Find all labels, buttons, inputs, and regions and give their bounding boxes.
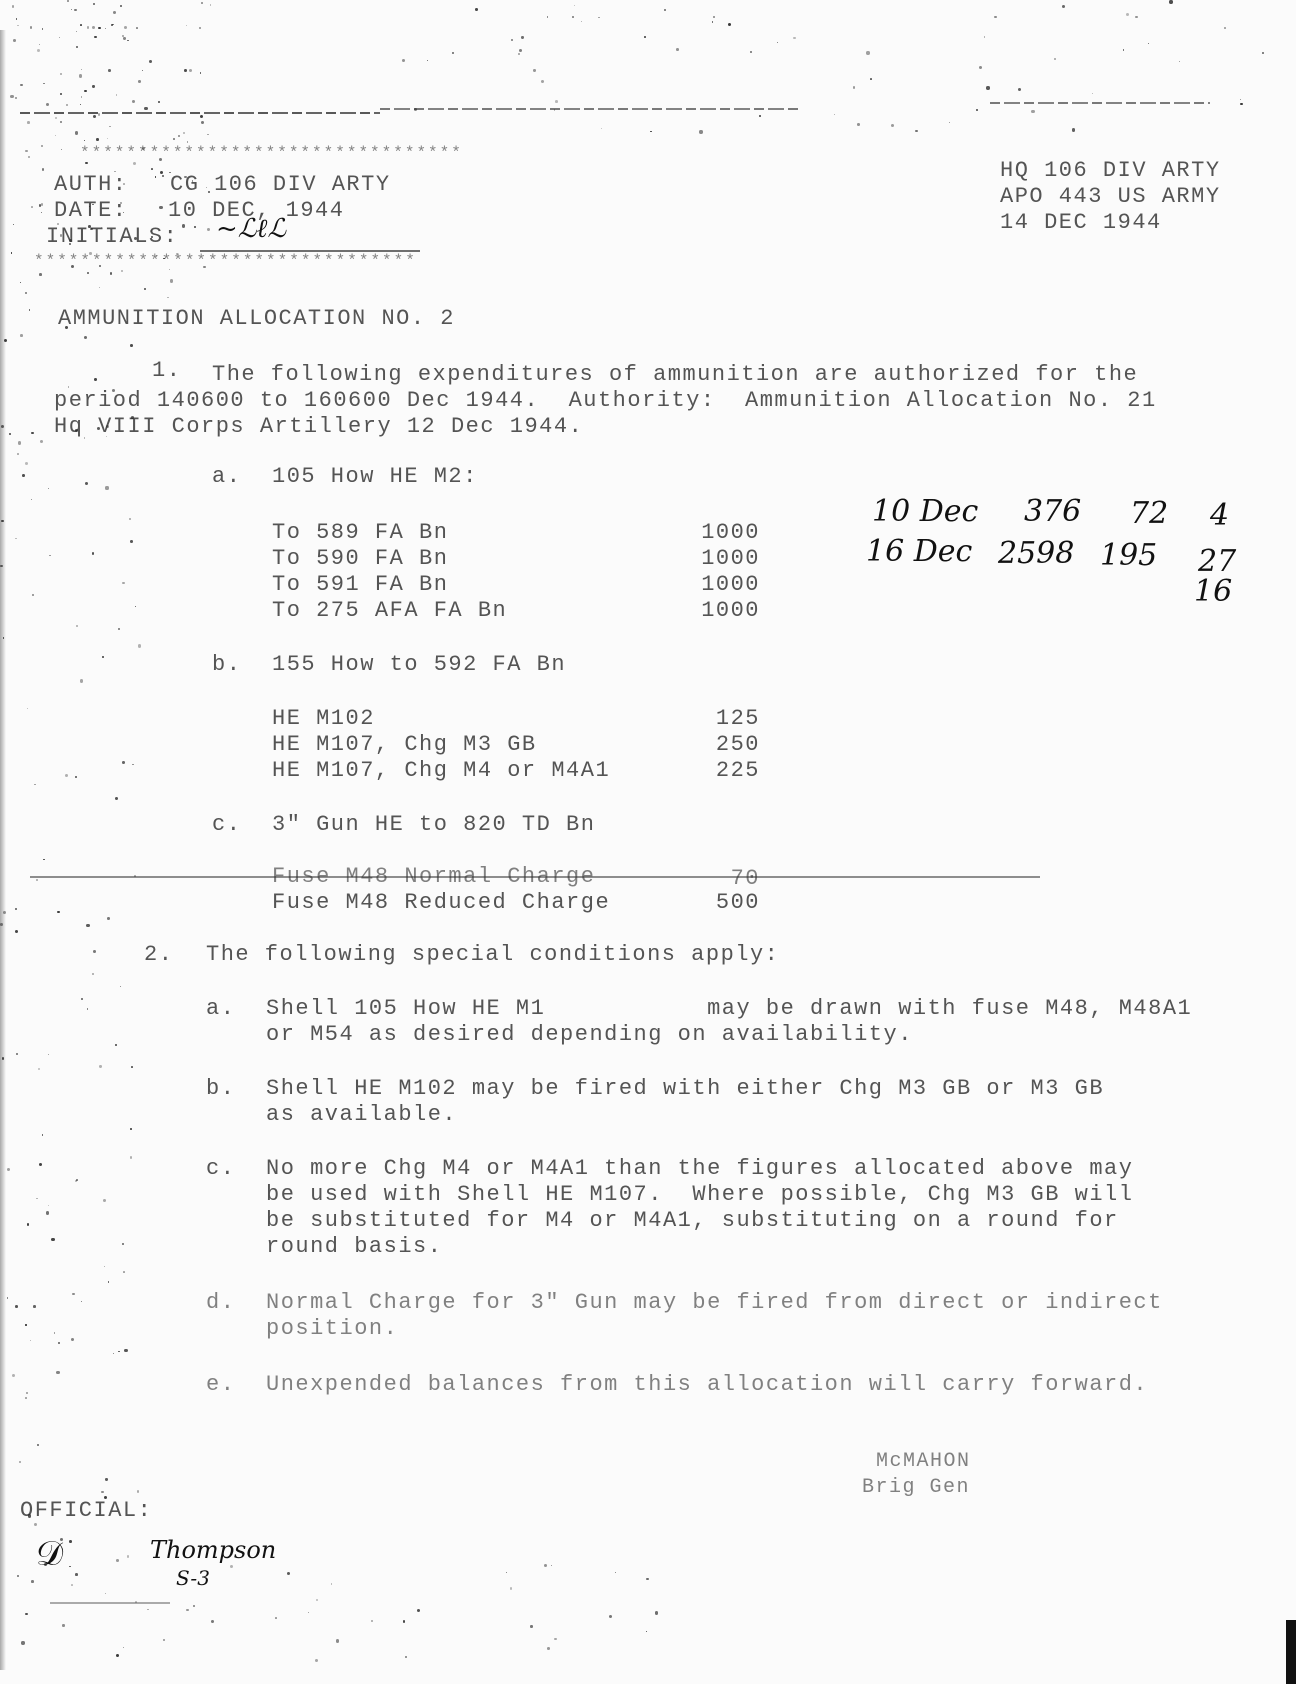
note-value: 376	[1024, 494, 1081, 529]
noise-speck	[533, 69, 535, 71]
noise-speck	[834, 114, 835, 115]
noise-speck	[403, 1620, 406, 1623]
noise-speck	[22, 474, 25, 477]
allocation-qty: 125	[670, 706, 760, 731]
noise-speck	[655, 1611, 658, 1614]
noise-speck	[39, 1163, 42, 1166]
noise-speck	[116, 1654, 119, 1657]
scan-corner-mark	[1286, 1620, 1296, 1684]
paragraph-line: The following expenditures of ammunition…	[212, 362, 1138, 387]
noise-speck	[87, 26, 90, 29]
noise-speck	[93, 3, 95, 5]
noise-speck	[41, 145, 43, 147]
noise-speck	[124, 1349, 127, 1352]
noise-speck	[186, 25, 187, 26]
noise-speck	[414, 108, 417, 111]
noise-speck	[336, 1639, 339, 1642]
noise-speck	[138, 80, 141, 83]
noise-speck	[27, 1223, 29, 1225]
noise-speck	[66, 104, 68, 106]
noise-speck	[519, 49, 522, 52]
noise-speck	[94, 378, 97, 381]
noise-speck	[1123, 49, 1124, 50]
noise-speck	[162, 175, 164, 177]
noise-speck	[60, 73, 62, 75]
noise-speck	[130, 1156, 132, 1158]
noise-speck	[16, 1053, 18, 1055]
noise-speck	[122, 761, 125, 764]
condition-line: Unexpended balances from this allocation…	[266, 1372, 1148, 1397]
allocation-unit: To 275 AFA FA Bn	[272, 598, 507, 623]
noise-speck	[69, 1566, 71, 1568]
noise-speck	[74, 9, 77, 12]
noise-speck	[116, 94, 118, 96]
allocation-qty: 1000	[670, 520, 760, 545]
stamp-border-top: *********************************	[80, 144, 463, 162]
noise-speck	[163, 1639, 166, 1642]
noise-speck	[28, 156, 30, 158]
official-underline	[50, 1602, 170, 1604]
noise-speck	[417, 1609, 420, 1612]
noise-speck	[127, 40, 129, 42]
scan-left-edge	[0, 30, 6, 1670]
condition-line: be substituted for M4 or M4A1, substitut…	[266, 1208, 1119, 1233]
document-title: AMMUNITION ALLOCATION NO. 2	[58, 306, 455, 331]
allocation-qty: 1000	[670, 572, 760, 597]
noise-speck	[572, 16, 574, 18]
noise-speck	[72, 1293, 74, 1295]
noise-speck	[976, 109, 978, 111]
noise-speck	[541, 80, 544, 83]
noise-speck	[105, 28, 107, 30]
noise-speck	[187, 141, 189, 143]
noise-speck	[123, 37, 125, 39]
noise-speck	[853, 86, 856, 89]
noise-speck	[11, 252, 12, 253]
noise-speck	[182, 224, 185, 227]
noise-speck	[26, 1392, 28, 1394]
noise-speck	[15, 930, 18, 933]
allocation-unit: To 589 FA Bn	[272, 520, 448, 545]
noise-speck	[316, 1599, 318, 1601]
letterhead-apo: APO 443 US ARMY	[1000, 184, 1221, 209]
condition-line: or M54 as desired depending on availabil…	[266, 1022, 913, 1047]
noise-speck	[452, 52, 453, 53]
condition-label: a.	[206, 996, 235, 1021]
noise-speck	[193, 1605, 196, 1608]
noise-speck	[130, 344, 133, 347]
noise-speck	[92, 552, 95, 555]
noise-speck	[186, 1609, 188, 1611]
noise-speck	[123, 212, 124, 213]
noise-speck	[122, 582, 125, 585]
noise-speck	[107, 917, 110, 920]
noise-speck	[92, 85, 94, 87]
noise-speck	[949, 122, 950, 123]
noise-speck	[644, 36, 646, 38]
noise-speck	[120, 202, 122, 204]
noise-speck	[12, 5, 15, 8]
noise-speck	[96, 138, 99, 141]
noise-speck	[93, 950, 96, 953]
noise-speck	[104, 1266, 105, 1267]
noise-speck	[793, 37, 796, 40]
noise-speck	[62, 1624, 64, 1626]
allocation-unit: To 590 FA Bn	[272, 546, 448, 571]
noise-speck	[891, 124, 894, 127]
noise-speck	[92, 973, 94, 975]
noise-speck	[1240, 103, 1242, 105]
noise-speck	[31, 432, 33, 434]
noise-speck	[156, 255, 157, 256]
noise-speck	[135, 606, 136, 607]
noise-speck	[10, 95, 13, 98]
noise-speck	[159, 158, 162, 161]
noise-speck	[39, 44, 40, 45]
noise-speck	[18, 441, 21, 444]
noise-speck	[1262, 52, 1264, 54]
noise-speck	[142, 70, 143, 71]
noise-speck	[76, 31, 77, 32]
noise-speck	[101, 1491, 104, 1494]
noise-speck	[25, 1613, 27, 1615]
header-rule	[20, 112, 380, 114]
noise-speck	[615, 1572, 616, 1573]
noise-speck	[84, 90, 87, 93]
noise-speck	[530, 1625, 532, 1627]
noise-speck	[581, 21, 582, 22]
noise-speck	[979, 66, 982, 69]
noise-speck	[27, 121, 30, 124]
noise-speck	[39, 204, 41, 206]
noise-speck	[69, 239, 72, 242]
section-label: b.	[212, 652, 241, 677]
noise-speck	[1, 520, 3, 522]
noise-speck	[80, 104, 81, 105]
noise-speck	[99, 265, 101, 267]
noise-speck	[1092, 93, 1093, 94]
noise-speck	[7, 1297, 9, 1299]
noise-speck	[51, 1238, 54, 1241]
note-date: 10 Dec	[872, 494, 978, 529]
noise-speck	[55, 135, 56, 136]
noise-speck	[475, 8, 478, 11]
noise-speck	[555, 100, 558, 103]
noise-speck	[98, 27, 100, 29]
allocation-unit: To 591 FA Bn	[272, 572, 448, 597]
stamp-date-label: DATE:	[54, 198, 128, 223]
noise-speck	[118, 628, 120, 630]
noise-speck	[41, 212, 42, 213]
noise-speck	[43, 859, 44, 860]
noise-speck	[42, 168, 45, 171]
noise-speck	[71, 9, 72, 10]
noise-speck	[1135, 16, 1138, 19]
noise-speck	[127, 1555, 129, 1557]
noise-speck	[84, 336, 87, 339]
noise-speck	[207, 134, 208, 135]
noise-speck	[56, 1371, 59, 1374]
paragraph-heading: The following special conditions apply:	[206, 942, 779, 967]
noise-speck	[108, 69, 111, 72]
noise-speck	[994, 16, 997, 19]
noise-speck	[554, 1638, 557, 1641]
strikethrough-line	[30, 876, 1040, 878]
noise-speck	[203, 266, 205, 268]
noise-speck	[9, 433, 11, 435]
noise-speck	[17, 1575, 19, 1577]
noise-speck	[46, 103, 49, 106]
noise-speck	[230, 1565, 233, 1568]
noise-speck	[57, 911, 59, 913]
noise-speck	[1224, 27, 1226, 29]
noise-speck	[29, 309, 31, 311]
noise-speck	[206, 187, 207, 188]
header-rule	[380, 108, 800, 110]
official-title: S-3	[176, 1566, 210, 1590]
noise-speck	[49, 555, 51, 557]
noise-speck	[518, 53, 520, 55]
noise-speck	[984, 36, 985, 37]
noise-speck	[173, 138, 175, 140]
noise-speck	[598, 17, 599, 18]
noise-speck	[105, 486, 108, 489]
noise-speck	[55, 117, 57, 119]
noise-speck	[129, 518, 131, 520]
condition-line: as available.	[266, 1102, 457, 1127]
noise-speck	[99, 1065, 101, 1067]
noise-speck	[20, 282, 21, 283]
noise-speck	[123, 1647, 124, 1648]
allocation-qty: 1000	[670, 598, 760, 623]
noise-speck	[521, 36, 523, 38]
noise-speck	[200, 72, 202, 74]
noise-speck	[551, 1565, 552, 1566]
noise-speck	[81, 1301, 82, 1302]
noise-speck	[646, 1578, 649, 1581]
noise-speck	[544, 1564, 547, 1567]
section-heading: 105 How HE M2:	[272, 464, 478, 489]
noise-speck	[131, 1066, 133, 1068]
noise-speck	[46, 1211, 49, 1214]
noise-speck	[134, 875, 136, 877]
noise-speck	[750, 51, 752, 53]
noise-speck	[16, 18, 18, 20]
noise-speck	[200, 115, 203, 118]
note-value: 2598	[998, 536, 1074, 571]
condition-label: d.	[206, 1290, 235, 1315]
noise-speck	[88, 225, 91, 228]
noise-speck	[138, 644, 141, 647]
note-date: 16 Dec	[866, 534, 972, 569]
noise-speck	[131, 416, 134, 419]
noise-speck	[31, 499, 32, 500]
noise-speck	[36, 1198, 37, 1199]
noise-speck	[58, 1342, 60, 1344]
condition-label: c.	[206, 1156, 235, 1181]
noise-speck	[184, 69, 187, 72]
noise-speck	[75, 429, 78, 432]
noise-speck	[275, 1617, 277, 1619]
noise-speck	[113, 11, 116, 14]
noise-speck	[76, 46, 78, 48]
allocation-item: Fuse M48 Reduced Charge	[272, 890, 610, 915]
noise-speck	[915, 130, 918, 133]
noise-speck	[19, 1461, 21, 1463]
noise-speck	[108, 1281, 109, 1282]
stamp-initials-label: INITIALS:	[46, 224, 178, 249]
noise-speck	[170, 279, 173, 282]
signer-rank: Brig Gen	[862, 1476, 970, 1499]
paragraph-number: 2.	[144, 942, 173, 967]
noise-speck	[17, 25, 18, 26]
header-rule	[990, 102, 1210, 104]
noise-speck	[87, 1008, 89, 1010]
noise-speck	[71, 1584, 73, 1586]
official-label: OFFICIAL:	[20, 1498, 152, 1523]
noise-speck	[201, 121, 204, 124]
noise-speck	[1031, 110, 1034, 113]
noise-speck	[48, 1205, 49, 1206]
noise-speck	[34, 1523, 37, 1526]
noise-speck	[32, 594, 34, 596]
noise-speck	[31, 206, 33, 208]
noise-speck	[1240, 99, 1241, 100]
noise-speck	[81, 998, 82, 999]
noise-speck	[189, 69, 192, 72]
noise-speck	[308, 1612, 309, 1613]
noise-speck	[59, 37, 60, 38]
noise-speck	[34, 784, 36, 786]
noise-speck	[137, 1490, 139, 1492]
noise-speck	[92, 26, 95, 29]
noise-speck	[36, 879, 39, 882]
noise-speck	[123, 183, 125, 185]
noise-speck	[90, 228, 93, 231]
noise-speck	[1072, 128, 1075, 131]
noise-speck	[511, 39, 513, 41]
allocation-item: HE M102	[272, 706, 375, 731]
noise-speck	[30, 1340, 31, 1341]
condition-line: No more Chg M4 or M4A1 than the figures …	[266, 1156, 1133, 1181]
noise-speck	[121, 270, 123, 272]
noise-speck	[15, 97, 17, 99]
noise-speck	[31, 1580, 34, 1583]
allocation-qty-struck: 70	[670, 866, 760, 891]
noise-speck	[7, 1168, 10, 1171]
noise-speck	[89, 252, 92, 255]
noise-speck	[76, 1179, 78, 1181]
noise-speck	[1062, 5, 1065, 8]
noise-speck	[712, 21, 713, 22]
noise-speck	[72, 185, 73, 186]
allocation-qty: 250	[670, 732, 760, 757]
noise-speck	[510, 1587, 513, 1590]
stamp-auth-value: CG 106 DIV ARTY	[170, 172, 391, 197]
noise-speck	[110, 272, 113, 275]
noise-speck	[646, 1631, 647, 1632]
noise-speck	[75, 131, 78, 134]
letterhead-unit: HQ 106 DIV ARTY	[1000, 158, 1221, 183]
section-heading: 155 How to 592 FA Bn	[272, 652, 566, 677]
noise-speck	[1126, 13, 1129, 16]
noise-speck	[574, 5, 575, 6]
noise-speck	[331, 1583, 333, 1585]
noise-speck	[25, 1397, 27, 1399]
noise-speck	[163, 258, 165, 260]
noise-speck	[144, 107, 147, 110]
noise-speck	[1169, 0, 1172, 3]
noise-speck	[115, 797, 118, 800]
condition-line: be used with Shell HE M107. Where possib…	[266, 1182, 1133, 1207]
noise-speck	[42, 1134, 43, 1135]
noise-speck	[315, 1659, 318, 1662]
noise-speck	[109, 126, 110, 127]
noise-speck	[133, 162, 136, 165]
section-heading: 3" Gun HE to 820 TD Bn	[272, 812, 595, 837]
noise-speck	[676, 48, 679, 51]
noise-speck	[866, 51, 869, 54]
noise-speck	[151, 168, 153, 170]
noise-speck	[54, 1332, 55, 1333]
noise-speck	[41, 203, 44, 206]
allocation-qty: 500	[670, 890, 760, 915]
noise-speck	[81, 69, 82, 70]
noise-speck	[506, 1572, 507, 1573]
noise-speck	[160, 171, 163, 174]
noise-speck	[149, 60, 152, 63]
noise-speck	[107, 138, 108, 139]
noise-speck	[25, 150, 28, 153]
noise-speck	[98, 113, 100, 115]
noise-speck	[12, 1374, 15, 1377]
allocation-item: HE M107, Chg M4 or M4A1	[272, 758, 610, 783]
noise-speck	[99, 287, 100, 288]
noise-speck	[857, 123, 860, 126]
signer-name: McMAHON	[876, 1450, 971, 1473]
noise-speck	[777, 42, 779, 44]
noise-speck	[81, 96, 83, 98]
note-value: 16	[1194, 574, 1232, 609]
noise-speck	[728, 23, 731, 26]
section-label: a.	[212, 464, 241, 489]
noise-speck	[79, 74, 82, 77]
noise-speck	[84, 140, 85, 141]
noise-speck	[25, 1324, 26, 1325]
noise-speck	[60, 121, 62, 123]
condition-label: e.	[206, 1372, 235, 1397]
noise-speck	[33, 1305, 36, 1308]
noise-speck	[102, 656, 104, 658]
noise-speck	[93, 115, 96, 118]
noise-speck	[61, 149, 62, 150]
noise-speck	[13, 224, 14, 225]
noise-speck	[113, 1353, 115, 1355]
note-value: 4	[1210, 498, 1229, 533]
noise-speck	[194, 226, 196, 228]
letterhead-date: 14 DEC 1944	[1000, 210, 1162, 235]
noise-speck	[105, 1478, 107, 1480]
noise-speck	[144, 288, 146, 290]
noise-speck	[80, 679, 83, 682]
noise-speck	[37, 49, 40, 52]
noise-speck	[20, 84, 22, 86]
noise-speck	[547, 1647, 550, 1650]
noise-speck	[20, 334, 23, 337]
noise-speck	[601, 128, 602, 129]
noise-speck	[130, 540, 133, 543]
noise-speck	[40, 440, 43, 443]
